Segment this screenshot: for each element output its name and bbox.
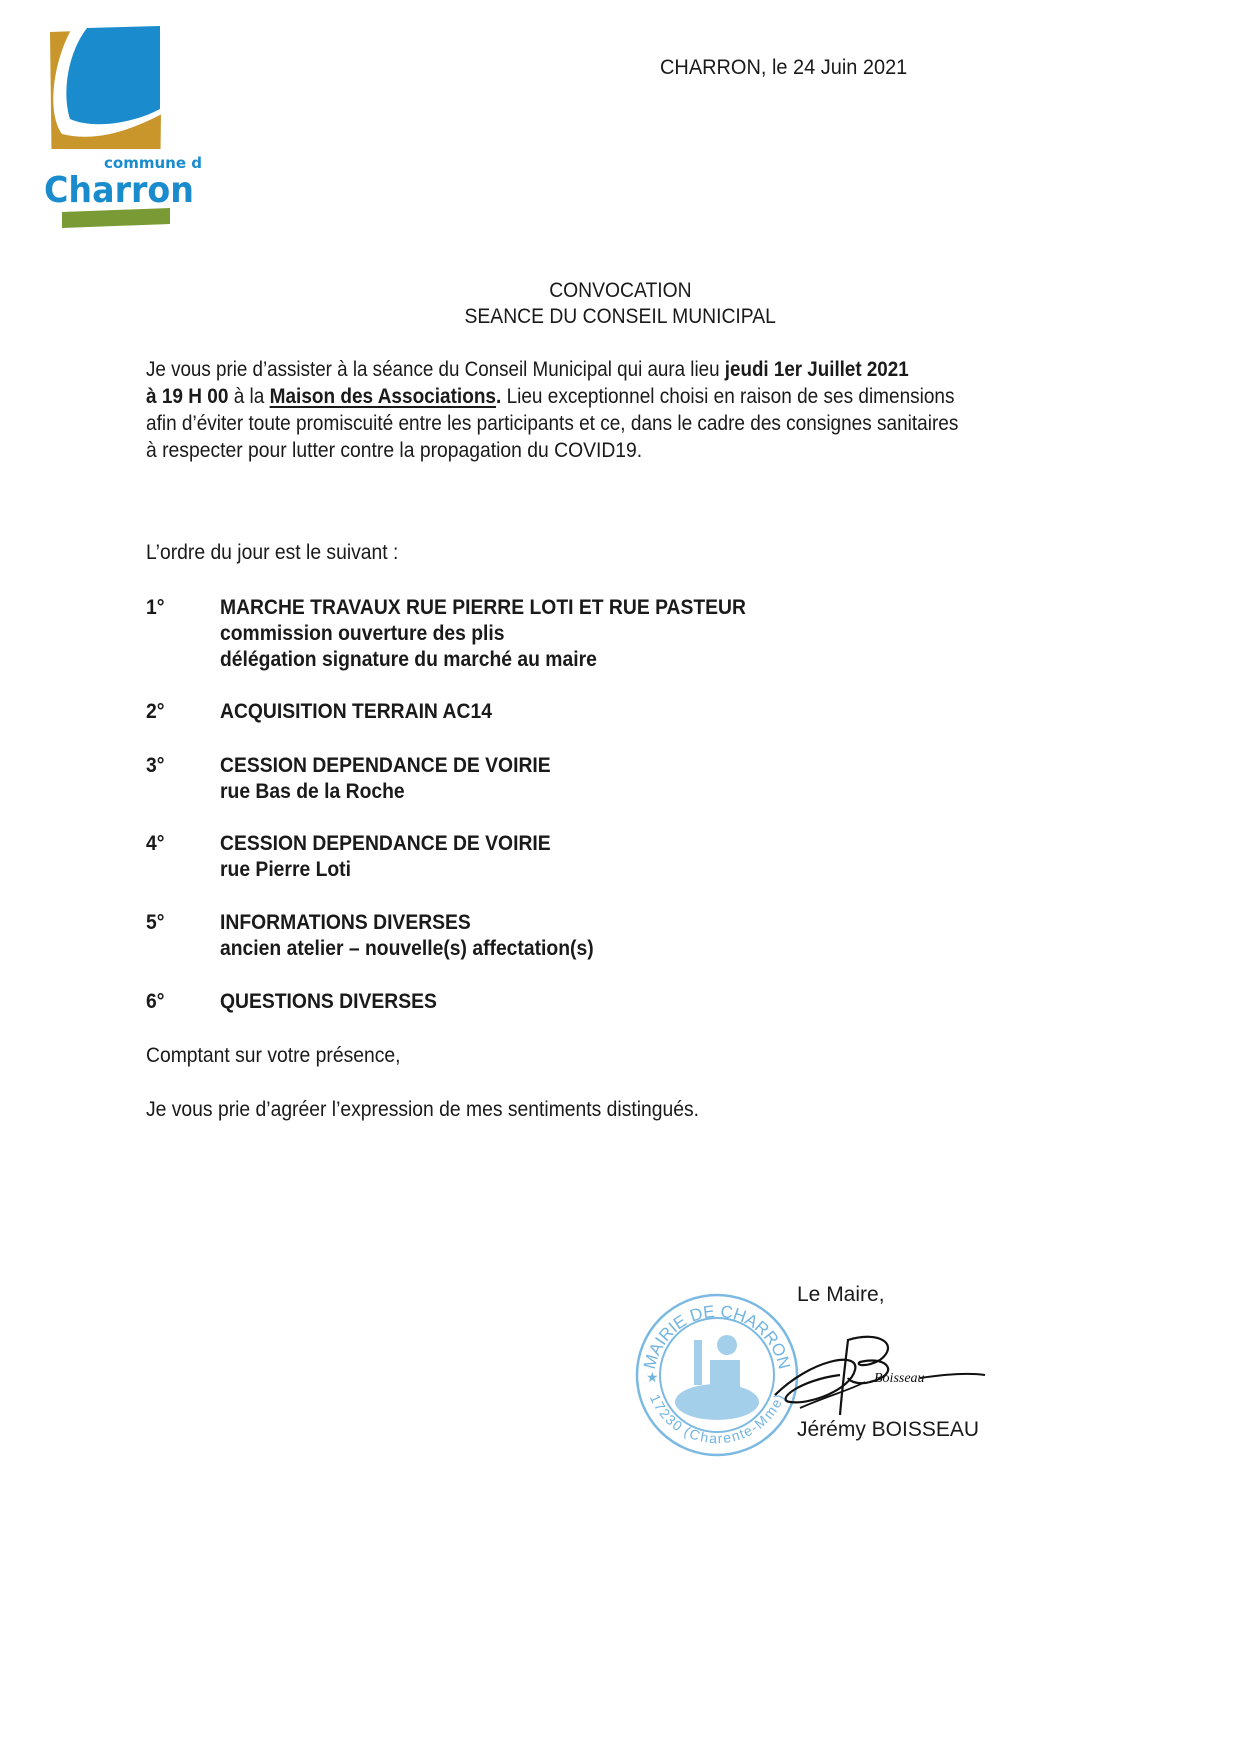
meeting-date: jeudi 1er Juillet 2021 (725, 358, 909, 381)
place-date: CHARRON, le 24 Juin 2021 (660, 56, 907, 80)
stamp-emblem-icon (675, 1335, 759, 1420)
closing-line-2: Je vous prie d’agréer l’expression de me… (146, 1098, 699, 1122)
signature-role: Le Maire, (797, 1283, 885, 1307)
intro-line-2: à 19 H 00 à la Maison des Associations. … (146, 385, 955, 409)
agenda-item-title: INFORMATIONS DIVERSES (220, 911, 471, 935)
agenda-item-detail: commission ouverture des plis (220, 622, 505, 646)
agenda-item-number: 5° (146, 911, 164, 935)
agenda-item-number: 1° (146, 596, 164, 620)
agenda-item-detail: rue Pierre Loti (220, 858, 351, 882)
title-convocation: CONVOCATION (0, 279, 1240, 303)
agenda-item-title: MARCHE TRAVAUX RUE PIERRE LOTI ET RUE PA… (220, 596, 746, 620)
meeting-time: à 19 H 00 (146, 385, 228, 408)
commune-logo: commune de Charron (42, 24, 202, 249)
closing-line-1: Comptant sur votre présence, (146, 1044, 401, 1068)
logo-name: Charron (44, 170, 194, 211)
agenda-item-number: 2° (146, 700, 164, 724)
svg-text:Boisseau: Boisseau (874, 1371, 925, 1386)
title-seance: SEANCE DU CONSEIL MUNICIPAL (0, 305, 1240, 329)
agenda-item-title: QUESTIONS DIVERSES (220, 990, 437, 1014)
agenda-item-detail: rue Bas de la Roche (220, 780, 405, 804)
agenda-item-number: 6° (146, 990, 164, 1014)
intro-line-3: afin d’éviter toute promiscuité entre le… (146, 412, 958, 436)
intro-line-1: Je vous prie d’assister à la séance du C… (146, 358, 909, 382)
agenda-item-number: 4° (146, 832, 164, 856)
intro-line-4: à respecter pour lutter contre la propag… (146, 439, 642, 463)
agenda-item-number: 3° (146, 754, 164, 778)
svg-text:★: ★ (646, 1369, 659, 1385)
agenda-intro: L’ordre du jour est le suivant : (146, 541, 398, 565)
agenda-item-detail: délégation signature du marché au maire (220, 648, 597, 672)
signatory-name: Jérémy BOISSEAU (797, 1418, 979, 1442)
agenda-item-title: CESSION DEPENDANCE DE VOIRIE (220, 754, 551, 778)
meeting-location: Maison des Associations (270, 385, 496, 408)
logo-blue-shape (66, 26, 160, 124)
agenda-item-title: ACQUISITION TERRAIN AC14 (220, 700, 492, 724)
logo-green-band (62, 208, 170, 228)
agenda-item-detail: ancien atelier – nouvelle(s) affectation… (220, 937, 594, 961)
agenda-item-title: CESSION DEPENDANCE DE VOIRIE (220, 832, 551, 856)
handwritten-signature: Boisseau (770, 1320, 990, 1430)
